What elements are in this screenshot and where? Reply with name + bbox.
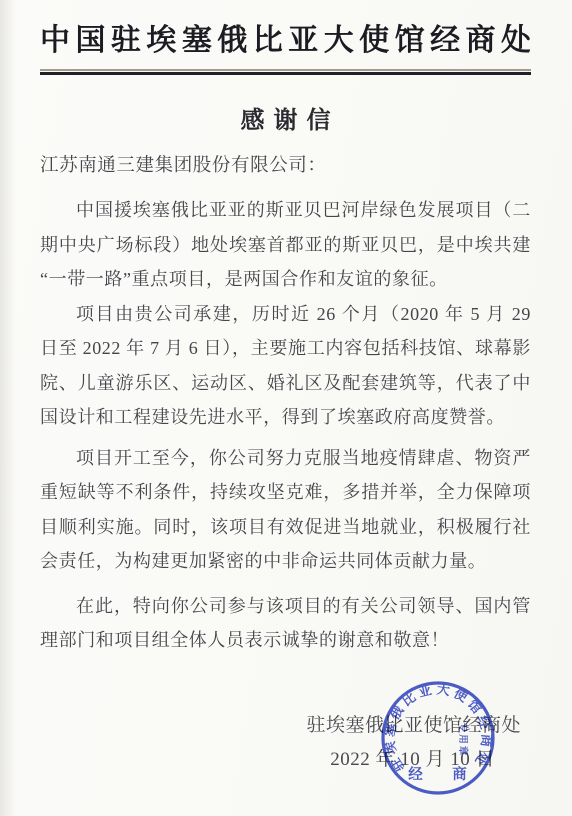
paragraph-1: 中国援埃塞俄比亚亚的斯亚贝巴河岸绿色发展项目（二期中央广场标段）地处埃塞首都亚的…: [40, 193, 531, 297]
letter-content: 中国驻埃塞俄比亚大使馆经商处 感谢信 江苏南通三建集团股份有限公司： 中国援埃塞…: [0, 24, 572, 658]
stamp-side-text: 专用章: [457, 723, 469, 758]
letter-title: 感谢信: [40, 107, 531, 135]
official-seal-stamp: 驻埃塞俄比亚大使馆经商处 专用章 经 商: [378, 678, 498, 798]
paragraph-3: 项目开工至今，你公司努力克服当地疫情肆虐、物资严重短缺等不利条件，持续攻坚克难，…: [40, 441, 531, 579]
divider-thick-line: [40, 72, 531, 75]
letter-body: 感谢信 江苏南通三建集团股份有限公司： 中国援埃塞俄比亚亚的斯亚贝巴河岸绿色发展…: [40, 107, 531, 658]
divider-thin-line: [40, 69, 531, 71]
stamp-ring-text: 驻埃塞俄比亚大使馆经商处: [381, 681, 494, 774]
letterhead-block: 中国驻埃塞俄比亚大使馆经商处: [40, 24, 531, 75]
letter-page: 中国驻埃塞俄比亚大使馆经商处 感谢信 江苏南通三建集团股份有限公司： 中国援埃塞…: [0, 0, 572, 816]
letterhead-divider: [40, 69, 531, 75]
paragraph-2: 项目由贵公司承建，历时近 26 个月（2020 年 5 月 29 日至 2022…: [40, 297, 531, 435]
salutation-line: 江苏南通三建集团股份有限公司：: [40, 155, 531, 177]
paragraph-4: 在此，特向你公司参与该项目的有关公司领导、国内管理部门和项目组全体人员表示诚挚的…: [40, 589, 531, 658]
stamp-center-text: 经 商: [408, 765, 480, 783]
letterhead-title: 中国驻埃塞俄比亚大使馆经商处: [40, 24, 531, 58]
